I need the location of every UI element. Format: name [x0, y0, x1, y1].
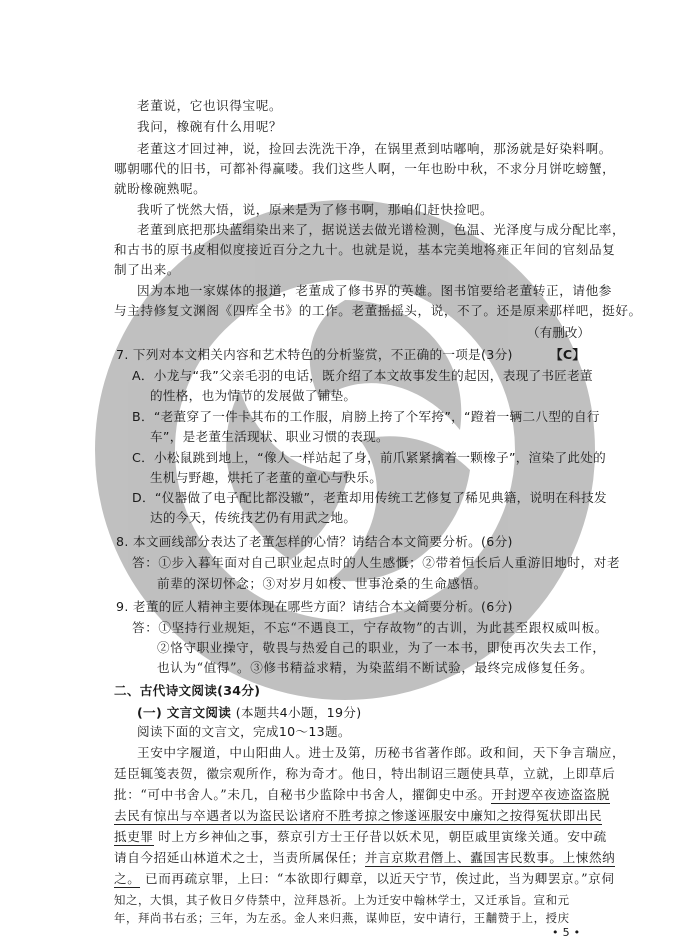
underlined-sentence: 去民有惊出与卒遇者以为盗民讼诸府不胜考掠之惨遂诬服安中廉知之按得冤状即出民 — [114, 808, 602, 825]
q8-stem: 8. 本文画线部分表达了老董怎样的心情？请结合本文简要分析。(6分) — [116, 534, 513, 550]
q7-option-d-cont: 达的今天，传统技艺仍有用武之地。 — [150, 510, 356, 526]
story-line: 和古书的原书皮相似度接近百分之九十。也就是说，基本完美地将雍正年间的官刻品复 — [114, 242, 615, 258]
q9-answer-line: ②恪守职业操守，敬畏与热爱自己的职业，为了一本书，即使再次失去工作， — [157, 640, 606, 656]
classical-line: 王安中字履道，中山阳曲人。进士及第，历秘书省著作郎。政和间，天下争言瑞应， — [137, 745, 625, 761]
q9-stem: 9. 老董的匠人精神主要体现在哪些方面？请结合本文简要分析。(6分) — [116, 599, 513, 615]
classical-line: 廷臣辄笺表贺，徽宗观所作，称为奇才。他日，特出制诏三题使具草，立就，上即草后 — [114, 766, 615, 782]
subsection-title: (一) 文言文阅读 — [137, 705, 231, 720]
q9-answer-line: 答：①坚持行业规矩，不忘“不遇良工，宁存故物”的古训，为此甚至跟权威叫板。 — [132, 620, 608, 636]
classical-text: 已而再疏京罪，上曰：“本欲即行卿章，以近天宁节，俟过此，当为卿罢京。”京伺 — [145, 871, 615, 886]
classical-text: 时上方乡神仙之事，蔡京引方士王仔昔以妖术见，朝臣戚里寅缘关通。安中疏 — [158, 829, 607, 844]
q8-answer-line: 答：①步入暮年面对自己职业起点时的人生感慨；②带着恒长后人重游旧地时，对老 — [132, 555, 620, 571]
underlined-sentence: 并言京欺君僭上、蠹国害民数事。上悚然纳 — [365, 850, 616, 867]
story-line: 与主持修复文渊阁《四库全书》的工作。老董摇摇头，说，不了。还是原来那样吧，挺好。 — [114, 303, 642, 319]
q8-answer-line: 前辈的深切怀念；③对岁月如梭、世事沧桑的生命感悟。 — [157, 576, 487, 592]
subsection-note: (本题共4小题，19分) — [236, 705, 362, 720]
underlined-sentence: 抵吏罪 — [114, 829, 154, 846]
q9-answer-line: 也认为“值得”。③修书精益求精，为染蓝绢不断试验，最终完成修复任务。 — [157, 660, 593, 676]
story-line: 我听了恍然大悟，说，原来是为了修书啊，那咱们赶快捡吧。 — [137, 202, 493, 218]
classical-line: 之。 已而再疏京罪，上曰：“本欲即行卿章，以近天宁节，俟过此，当为卿罢京。”京伺 — [114, 871, 615, 887]
classical-line: 年，拜尚书右丞；三年，为左丞。金人来归燕，谋帅臣，安中请行，王黼赞于上，授庆 — [114, 910, 570, 926]
story-line: 因为本地一家媒体的报道，老董成了修书界的英雄。图书馆要给老董转正，请他参 — [137, 283, 612, 299]
exam-page: 老董说，它也识得宝呢。 我问，橡碗有什么用呢？ 老董这才回过神，说，捡回去洗洗干… — [0, 0, 690, 943]
q7-option-c-cont: 生机与野趣，烘托了老董的童心与快乐。 — [150, 470, 382, 486]
story-line: 哪朝哪代的旧书，可都补得赢喽。我们这些人啊，一年也盼中秋，不求分月饼吃螃蟹， — [114, 161, 615, 177]
classical-text: 请自今招延山林道术之士，当责所属保任； — [114, 850, 365, 865]
classical-text: 批：“可中书舍人。”未几，自秘书少监除中书舍人，擢御史中丞。 — [114, 787, 491, 802]
classical-line: 抵吏罪 时上方乡神仙之事，蔡京引方士王仔昔以妖术见，朝臣戚里寅缘关通。安中疏 — [114, 829, 607, 845]
q7-option-c: C．小松鼠跳到地上，“像人一样站起了身，前爪紧紧擒着一颗橡子”，渲染了此处的 — [132, 450, 606, 466]
q7-option-d: D．“仪器做了电子配比都没辙”，老董却用传统工艺修复了稀见典籍，说明在科技发 — [132, 490, 607, 506]
q7-stem: 7. 下列对本文相关内容和艺术特色的分析鉴赏，不正确的一项是(3分) — [116, 347, 513, 363]
story-line: 我问，橡碗有什么用呢？ — [137, 119, 282, 135]
source-note: （有删改） — [527, 325, 590, 341]
reading-instruction: 阅读下面的文言文，完成10～13题。 — [137, 724, 351, 740]
classical-line: 知之，大惧，其子攸日夕侍禁中，泣拜恳祈。上为迁安中翰林学士，又迁承旨。宣和元 — [114, 892, 570, 908]
q7-option-a-cont: 的性格，也为情节的发展做了铺垫。 — [150, 388, 356, 404]
classical-line: 请自今招延山林道术之士，当责所属保任；并言京欺君僭上、蠹国害民数事。上悚然纳 — [114, 850, 615, 866]
story-line: 老董这才回过神，说，捡回去洗洗干净，在锅里煮到咕嘟响，那汤就是好染料啊。 — [137, 141, 612, 157]
page-number: • 5 • — [552, 925, 580, 941]
q7-option-b: B．“老董穿了一件卡其布的工作服，肩膀上挎了个军挎”，“蹬着一辆二八型的自行 — [132, 409, 600, 425]
q7-option-b-cont: 车”，是老董生活现状、职业习惯的表现。 — [150, 429, 389, 445]
q7-answer: 【C】 — [550, 347, 585, 363]
story-line: 就盼橡碗熟呢。 — [114, 181, 206, 197]
q7-option-a: A．小龙与“我”父亲毛羽的电话，既介绍了本文故事发生的起因，表现了书匠老董 — [132, 368, 593, 384]
classical-line: 去民有惊出与卒遇者以为盗民讼诸府不胜考掠之惨遂诬服安中廉知之按得冤状即出民 — [114, 808, 602, 824]
story-line: 制了出来。 — [114, 262, 180, 278]
story-line: 老董说，它也识得宝呢。 — [137, 98, 282, 114]
classical-line: 批：“可中书舍人。”未几，自秘书少监除中书舍人，擢御史中丞。开封逻卒夜迹盗盗脱 — [114, 787, 610, 803]
section-title: 二、古代诗文阅读(34分) — [114, 683, 260, 699]
underlined-sentence: 开封逻卒夜迹盗盗脱 — [491, 787, 610, 804]
underlined-sentence: 之。 — [114, 871, 140, 888]
story-line: 老董到底把那块蓝绢染出来了，据说送去做光谱检测，色温、光泽度与成分配比率， — [137, 222, 625, 238]
